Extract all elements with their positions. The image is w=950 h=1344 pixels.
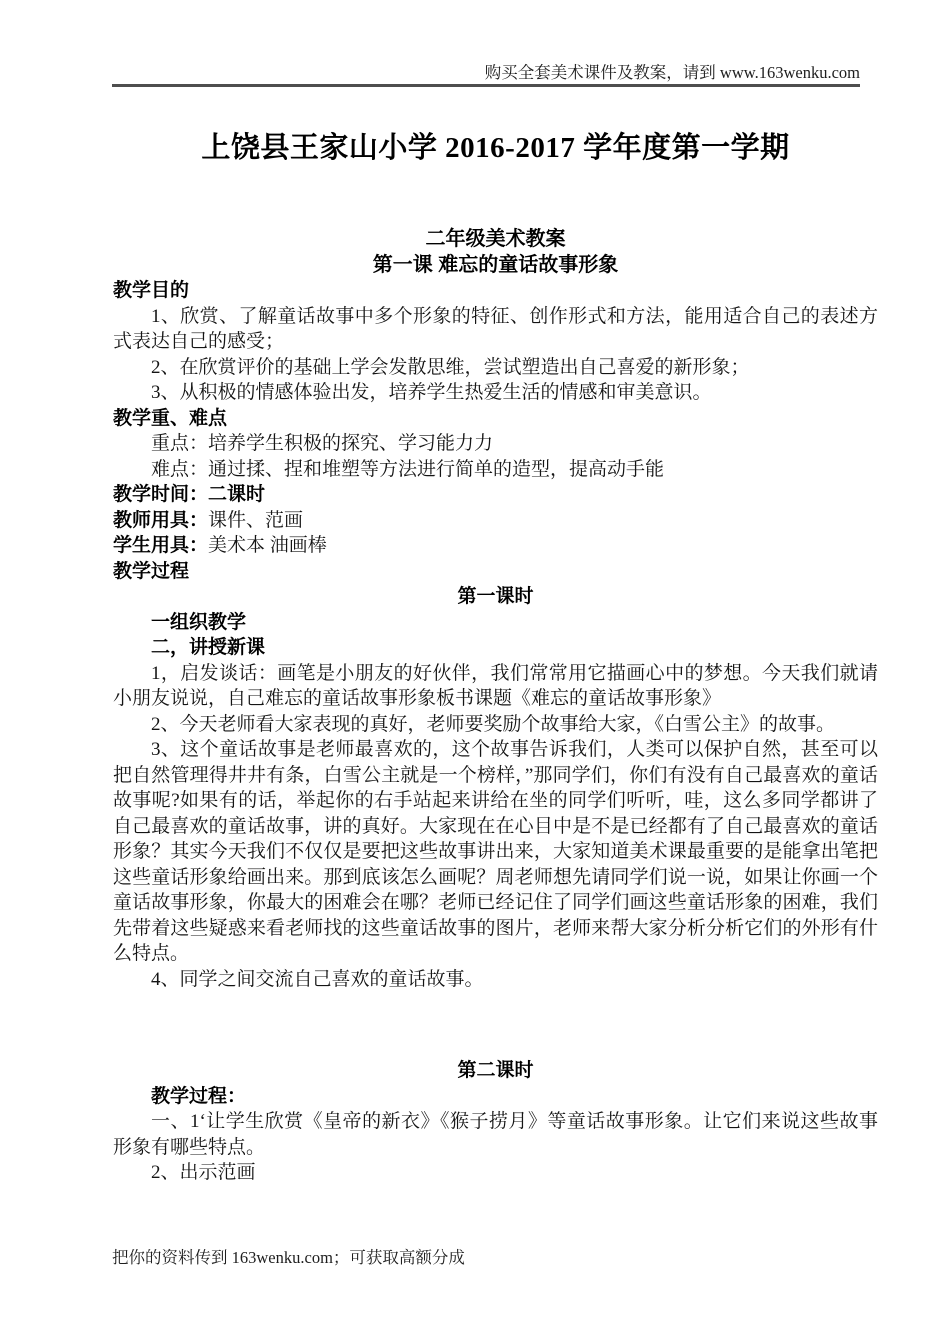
footer-note: 把你的资料传到 163wenku.com；可获取高额分成	[112, 1247, 465, 1268]
lesson2-paragraph: 一、1‘让学生欣赏《皇帝的新衣》《猴子捞月》等童话故事形象。让它们来说这些故事形…	[113, 1109, 878, 1160]
document-title: 上饶县王家山小学 2016-2017 学年度第一学期	[113, 126, 878, 170]
lesson1-paragraph: 3、这个童话故事是老师最喜欢的，这个故事告诉我们，人类可以保护自然，甚至可以把自…	[113, 737, 878, 967]
student-tools-label: 学生用具：	[113, 535, 208, 556]
objectives-heading: 教学目的	[113, 278, 878, 304]
lesson2-heading: 第二课时	[113, 1058, 878, 1084]
key-point-item: 难点：通过揉、捏和堆塑等方法进行简单的造型，提高动手能	[113, 457, 878, 483]
course-subtitle: 二年级美术教案	[113, 226, 878, 252]
teaching-time-row: 教学时间：二课时	[113, 482, 878, 508]
lesson1-heading: 第一课时	[113, 584, 878, 610]
document-page: 购买全套美术课件及教案，请到 www.163wenku.com 上饶县王家山小学…	[0, 0, 950, 1344]
teacher-tools-label: 教师用具：	[113, 510, 208, 531]
objective-item: 1、欣赏、了解童话故事中多个形象的特征、创作形式和方法，能用适合自己的表述方式表…	[113, 304, 878, 355]
lesson-title: 第一课 难忘的童话故事形象	[113, 252, 878, 278]
teaching-time-label: 教学时间：	[113, 484, 208, 505]
teaching-time-value: 二课时	[208, 484, 265, 505]
document-content: 上饶县王家山小学 2016-2017 学年度第一学期 二年级美术教案 第一课 难…	[113, 126, 878, 1186]
objective-item: 2、在欣赏评价的基础上学会发散思维，尝试塑造出自己喜爱的新形象；	[113, 355, 878, 381]
header-promo-text: 购买全套美术课件及教案，请到 www.163wenku.com	[485, 63, 860, 83]
student-tools-value: 美术本 油画棒	[208, 535, 327, 556]
lesson2-paragraph: 2、出示范画	[113, 1160, 878, 1186]
lesson1-paragraph: 1，启发谈话：画笔是小朋友的好伙伴，我们常常用它描画心中的梦想。今天我们就请小朋…	[113, 661, 878, 712]
lesson2-process-label: 教学过程：	[113, 1084, 878, 1110]
lesson1-step: 二，讲授新课	[113, 635, 878, 661]
teacher-tools-row: 教师用具：课件、范画	[113, 508, 878, 534]
key-point-item: 重点：培养学生积极的探究、学习能力力	[113, 431, 878, 457]
teacher-tools-value: 课件、范画	[208, 510, 303, 531]
student-tools-row: 学生用具：美术本 油画棒	[113, 533, 878, 559]
process-heading: 教学过程	[113, 559, 878, 585]
lesson1-paragraph: 4、同学之间交流自己喜欢的童话故事。	[113, 967, 878, 993]
key-points-heading: 教学重、难点	[113, 406, 878, 432]
lesson1-step: 一组织教学	[113, 610, 878, 636]
header-rule	[112, 84, 860, 87]
lesson1-paragraph: 2、今天老师看大家表现的真好，老师要奖励个故事给大家，《白雪公主》的故事。	[113, 712, 878, 738]
objective-item: 3、从积极的情感体验出发，培养学生热爱生活的情感和审美意识。	[113, 380, 878, 406]
subtitle-block: 二年级美术教案 第一课 难忘的童话故事形象	[113, 226, 878, 278]
